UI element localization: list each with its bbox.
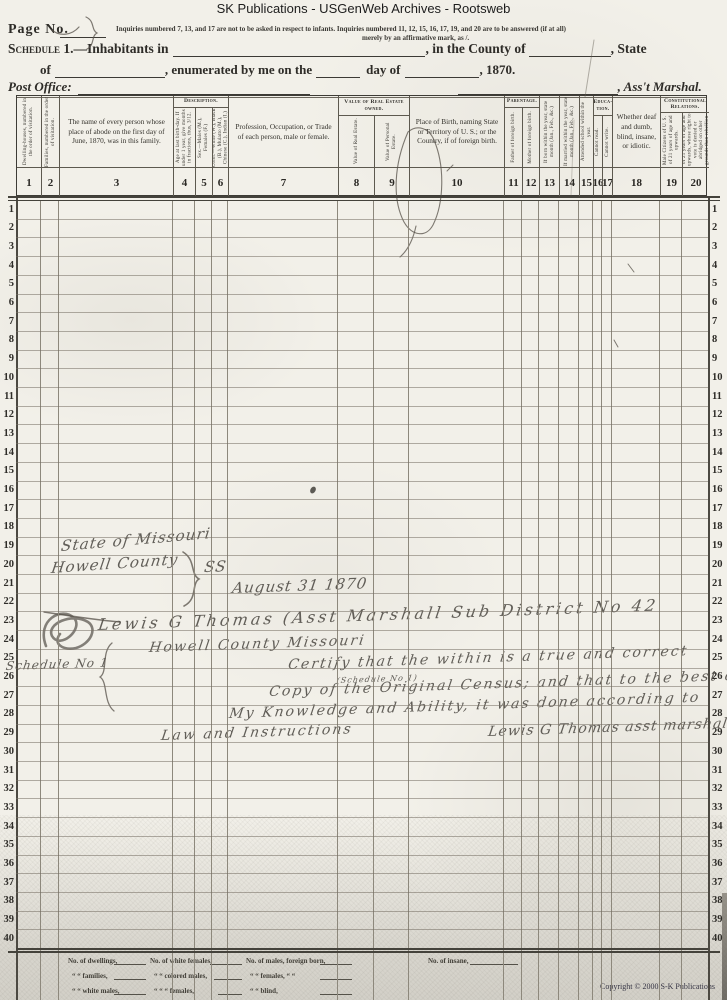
hw-county-state: Howell County Missouri <box>148 632 367 656</box>
schedule-title-line: Schedule 1.—Inhabitants in , in the Coun… <box>8 41 647 57</box>
column-header-text: If born within the year, state month (Ja… <box>544 96 556 167</box>
column-header-text: Cannot write. <box>605 127 611 157</box>
footer-blank <box>114 994 146 995</box>
row-number-right: 12 <box>712 409 726 420</box>
row-number-left: 40 <box>0 933 14 944</box>
column-header-6: Color.—White (W.), Black (B.), Mulatto (… <box>212 108 228 167</box>
grid-hline <box>16 836 708 837</box>
grid-vline <box>538 200 539 1000</box>
row-number-right: 32 <box>712 783 726 794</box>
inhabitants-in: 1.—Inhabitants in <box>63 41 168 57</box>
column-header-text: Value of Real Estate. <box>354 118 360 164</box>
row-number-left: 28 <box>0 708 14 719</box>
row-number-left: 11 <box>0 391 14 402</box>
row-number-left: 2 <box>0 222 14 233</box>
row-number-left: 34 <box>0 821 14 832</box>
hw-cert-line4: Law and Instructions <box>160 721 354 744</box>
row-number-right: 26 <box>712 671 726 682</box>
row-number-left: 10 <box>0 372 14 383</box>
row-number-left: 9 <box>0 353 14 364</box>
row-number-right: 15 <box>712 465 726 476</box>
grid-hline <box>16 798 708 799</box>
row-number-right: 6 <box>712 297 726 308</box>
enumerated-text: , enumerated by me on the <box>165 62 312 78</box>
column-number-16: 16 <box>593 167 602 197</box>
column-header-12: Mother of foreign birth. <box>522 108 539 167</box>
row-number-right: 22 <box>712 596 726 607</box>
grid-hline <box>16 555 708 556</box>
row-number-right: 2 <box>712 222 726 233</box>
grid-hline <box>16 331 708 332</box>
row-number-right: 20 <box>712 559 726 570</box>
grid-hline <box>16 668 708 669</box>
grid-hline <box>16 892 708 893</box>
row-number-left: 20 <box>0 559 14 570</box>
column-header-11: Father of foreign birth. <box>504 108 522 167</box>
grid-vline <box>172 200 173 1000</box>
page-no-blank <box>60 37 106 38</box>
footer-females-foreign-label: “ “ females, “ “ <box>250 972 295 980</box>
row-number-right: 33 <box>712 802 726 813</box>
row-number-right: 38 <box>712 895 726 906</box>
grid-hline <box>16 649 708 650</box>
row-number-left: 23 <box>0 615 14 626</box>
column-header-20: Male Citizens of U. S. of 21 years of ag… <box>682 113 709 167</box>
in-county-of: , in the County of <box>425 41 525 57</box>
column-number-20: 20 <box>682 167 709 197</box>
footer-blank <box>218 994 242 995</box>
row-number-right: 25 <box>712 652 726 663</box>
row-number-left: 13 <box>0 428 14 439</box>
row-number-left: 25 <box>0 652 14 663</box>
footer-blank <box>214 979 242 980</box>
row-number-left: 29 <box>0 727 14 738</box>
row-number-left: 5 <box>0 278 14 289</box>
row-number-left: 37 <box>0 877 14 888</box>
row-number-right: 3 <box>712 241 726 252</box>
grid-vline <box>611 200 612 1000</box>
grid-hline <box>16 855 708 856</box>
signature-flourish <box>44 614 93 649</box>
column-group-constr: Constitutional Relations. <box>660 96 709 113</box>
column-header-13: If born within the year, state month (Ja… <box>539 96 559 167</box>
grid-vline <box>408 200 409 1000</box>
row-number-left: 14 <box>0 447 14 458</box>
grid-hline <box>16 294 708 295</box>
column-header-16: Cannot read. <box>593 116 602 167</box>
column-number-12: 12 <box>522 167 539 197</box>
column-header-text: Cannot read. <box>595 128 601 156</box>
row-number-right: 19 <box>712 540 726 551</box>
column-header-text: Dwelling-houses, numbered in the order o… <box>23 96 35 167</box>
column-number-9: 9 <box>374 167 409 197</box>
grid-vline <box>58 200 59 1000</box>
grid-hline <box>16 593 708 594</box>
column-header-9: Value of Personal Estate. <box>374 116 409 167</box>
row-number-left: 32 <box>0 783 14 794</box>
column-header-4: Age at last birth-day. If under 1 year, … <box>173 108 195 167</box>
grid-hline <box>16 462 708 463</box>
grid-vline <box>659 200 660 1000</box>
header-bottom-line <box>8 196 720 198</box>
column-header-text: Sex.—Males (M.), Females (F.) <box>198 108 210 167</box>
column-header-7: Profession, Occupation, or Trade of each… <box>228 96 338 167</box>
row-number-right: 11 <box>712 391 726 402</box>
grid-vline <box>578 200 579 1000</box>
scan-edge-artifact <box>722 893 727 1000</box>
state-blank <box>55 64 165 78</box>
column-number-13: 13 <box>539 167 559 197</box>
place-blank <box>173 43 425 57</box>
row-number-right: 21 <box>712 578 726 589</box>
grid-hline <box>16 630 708 631</box>
footer-blank <box>114 964 146 965</box>
footer-blank <box>320 994 352 995</box>
footer-white-females-label: No. of white females, <box>150 957 212 965</box>
grid-hline <box>16 929 708 930</box>
schedule-word: Schedule <box>8 41 60 57</box>
column-number-14: 14 <box>559 167 579 197</box>
row-number-right: 10 <box>712 372 726 383</box>
grid-vline <box>681 200 682 1000</box>
grid-hline <box>16 537 708 538</box>
column-number-11: 11 <box>504 167 522 197</box>
row-number-right: 39 <box>712 914 726 925</box>
row-number-right: 40 <box>712 933 726 944</box>
hw-state: State of Missouri <box>60 524 212 555</box>
grid-hline <box>16 780 708 781</box>
state-word: , State <box>611 41 647 57</box>
ink-blot <box>309 486 317 495</box>
row-number-right: 37 <box>712 877 726 888</box>
row-number-left: 18 <box>0 521 14 532</box>
grid-hline <box>16 686 708 687</box>
column-header-text: Whether deaf and dumb, blind, insane, or… <box>613 111 660 152</box>
column-number-7: 7 <box>228 167 338 197</box>
row-number-right: 13 <box>712 428 726 439</box>
row-number-right: 7 <box>712 316 726 327</box>
grid-hline <box>16 705 708 706</box>
post-office-label: Post Office: <box>8 79 72 95</box>
year-text: , 1870. <box>479 62 515 78</box>
row-number-right: 23 <box>712 615 726 626</box>
column-header-text: Value of Personal Estate. <box>386 116 398 167</box>
grid-vline <box>211 200 212 1000</box>
row-number-right: 9 <box>712 353 726 364</box>
footer-white-males-label: “ “ white males, <box>72 987 119 995</box>
row-number-right: 29 <box>712 727 726 738</box>
column-header-text: Color.—White (W.), Black (B.), Mulatto (… <box>212 108 228 167</box>
row-number-left: 31 <box>0 765 14 776</box>
of-word: of <box>40 62 51 78</box>
column-number-15: 15 <box>579 167 593 197</box>
row-number-right: 1 <box>712 204 726 215</box>
row-number-left: 8 <box>0 334 14 345</box>
row-number-left: 3 <box>0 241 14 252</box>
grid-hline <box>16 742 708 743</box>
row-number-left: 38 <box>0 895 14 906</box>
grid-vline <box>373 200 374 1000</box>
grid-hline <box>16 219 708 220</box>
footer-males-foreign-label: No. of males, foreign born, <box>246 957 325 965</box>
column-header-19: Male Citizens of U. S. of 21 years of ag… <box>660 113 682 167</box>
grid-hline <box>16 312 708 313</box>
column-number-10: 10 <box>409 167 504 197</box>
column-header-8: Value of Real Estate. <box>338 116 374 167</box>
row-number-left: 39 <box>0 914 14 925</box>
column-group-desc: Description. <box>173 96 228 108</box>
row-number-right: 34 <box>712 821 726 832</box>
month-blank <box>405 64 479 78</box>
grid-hline <box>16 350 708 351</box>
row-number-left: 24 <box>0 634 14 645</box>
grid-hline <box>16 611 708 612</box>
header-bottom-line2 <box>8 200 720 202</box>
hw-signature: Lewis G Thomas asst marshal <box>487 716 727 740</box>
grid-vline <box>194 200 195 1000</box>
column-header-text: Place of Birth, naming State or Territor… <box>410 116 504 148</box>
scan-shading <box>0 815 727 1000</box>
grid-hline <box>16 873 708 874</box>
column-header-text: Male Citizens of U. S. of 21 years of ag… <box>682 113 709 167</box>
grid-hline <box>16 387 708 388</box>
grid-vline <box>337 200 338 1000</box>
grid-vline <box>227 200 228 1000</box>
row-number-right: 17 <box>712 503 726 514</box>
row-number-right: 5 <box>712 278 726 289</box>
row-number-right: 14 <box>712 447 726 458</box>
table-bottom-line2 <box>8 951 720 953</box>
column-number-6: 6 <box>212 167 228 197</box>
grid-vline <box>40 200 41 1000</box>
grid-hline <box>16 574 708 575</box>
column-header-text: Attended school within the year. <box>581 96 593 167</box>
row-number-right: 28 <box>712 708 726 719</box>
column-header-3: The name of every person whose place of … <box>59 96 173 167</box>
grid-hline <box>16 424 708 425</box>
ss-brace <box>183 552 199 606</box>
grid-hline <box>16 518 708 519</box>
row-number-left: 17 <box>0 503 14 514</box>
grid-hline <box>16 817 708 818</box>
column-header-14: If married within the year, state month … <box>559 96 579 167</box>
footer-blank <box>320 964 352 965</box>
column-number-4: 4 <box>173 167 195 197</box>
column-header-text: Mother of foreign birth. <box>528 111 534 164</box>
footer-insane-label: No. of insane, <box>428 957 468 965</box>
hw-marshal-line: Lewis G Thomas (Asst Marshall Sub Distri… <box>97 596 660 634</box>
row-number-right: 30 <box>712 746 726 757</box>
column-header-text: Profession, Occupation, or Trade of each… <box>229 121 338 143</box>
footer-blank <box>470 964 518 965</box>
grid-vline <box>558 200 559 1000</box>
grid-hline <box>16 443 708 444</box>
table-header: Description.Value of Real Estate owned.P… <box>16 95 707 196</box>
column-header-text: Age at last birth-day. If under 1 year, … <box>176 108 193 167</box>
row-number-left: 30 <box>0 746 14 757</box>
row-number-right: 31 <box>712 765 726 776</box>
grid-hline <box>16 481 708 482</box>
column-number-19: 19 <box>660 167 682 197</box>
column-header-text: Families, numbered in the order of visit… <box>45 96 57 167</box>
county-blank <box>529 43 611 57</box>
row-number-left: 6 <box>0 297 14 308</box>
column-number-3: 3 <box>59 167 173 197</box>
column-header-17: Cannot write. <box>602 116 612 167</box>
column-number-17: 17 <box>602 167 612 197</box>
footer-blank <box>114 979 146 980</box>
grid-vline <box>601 200 602 1000</box>
row-number-left: 12 <box>0 409 14 420</box>
row-number-right: 8 <box>712 334 726 345</box>
row-number-right: 24 <box>712 634 726 645</box>
note-line1: Inquiries numbered 7, 13, and 17 are not… <box>116 25 566 33</box>
row-number-right: 4 <box>712 260 726 271</box>
row-number-left: 19 <box>0 540 14 551</box>
column-header-18: Whether deaf and dumb, blind, insane, or… <box>612 96 660 167</box>
row-number-right: 16 <box>712 484 726 495</box>
row-number-left: 27 <box>0 690 14 701</box>
grid-hline <box>16 911 708 912</box>
column-header-text: Male Citizens of U. S. of 21 years of ag… <box>663 113 680 167</box>
grid-hline <box>16 256 708 257</box>
grid-hline <box>16 948 708 950</box>
day-blank <box>316 64 360 78</box>
grid-hline <box>16 368 708 369</box>
column-header-15: Attended school within the year. <box>579 96 593 167</box>
marshal-label: , Ass't Marshal. <box>618 79 702 95</box>
row-number-left: 36 <box>0 858 14 869</box>
row-number-left: 15 <box>0 465 14 476</box>
column-group-edu: Educa-tion. <box>593 96 612 116</box>
column-group-value: Value of Real Estate owned. <box>338 96 409 116</box>
column-header-10: Place of Birth, naming State or Territor… <box>409 96 504 167</box>
grid-hline <box>16 406 708 407</box>
marshal-blank <box>458 81 618 95</box>
grid-vline <box>592 200 593 1000</box>
grid-hline <box>16 761 708 762</box>
column-number-5: 5 <box>195 167 212 197</box>
footer-dwellings-label: No. of dwellings, <box>68 957 117 965</box>
row-number-right: 36 <box>712 858 726 869</box>
column-header-text: The name of every person whose place of … <box>60 116 173 148</box>
row-number-left: 7 <box>0 316 14 327</box>
column-header-text: Father of foreign birth. <box>511 112 517 163</box>
grid-vline <box>503 200 504 1000</box>
row-number-left: 33 <box>0 802 14 813</box>
column-header-5: Sex.—Males (M.), Females (F.) <box>195 108 212 167</box>
grid-hline <box>16 724 708 725</box>
schedule-line-2: of , enumerated by me on the day of , 18… <box>40 62 515 78</box>
row-number-left: 22 <box>0 596 14 607</box>
row-number-left: 4 <box>0 260 14 271</box>
footer-colored-females-label: “ “ “ females, <box>154 987 194 995</box>
row-number-right: 27 <box>712 690 726 701</box>
row-number-right: 35 <box>712 839 726 850</box>
row-number-left: 21 <box>0 578 14 589</box>
column-number-2: 2 <box>41 167 59 197</box>
grid-vline <box>521 200 522 1000</box>
column-number-8: 8 <box>338 167 374 197</box>
census-form-page: SK Publications - USGenWeb Archives - Ro… <box>0 0 727 1000</box>
copyright-notice: Copyright © 2000 S-K Publications <box>600 982 715 991</box>
footer-blank <box>320 979 352 980</box>
footer-blind-label: “ “ blind, <box>250 987 278 995</box>
column-number-1: 1 <box>17 167 41 197</box>
footer-blank <box>210 964 242 965</box>
post-office-line: Post Office: , Ass't Marshal. <box>8 79 702 95</box>
row-number-left: 1 <box>0 204 14 215</box>
column-number-18: 18 <box>612 167 660 197</box>
hw-county: Howell County <box>50 550 180 577</box>
column-header-2: Families, numbered in the order of visit… <box>41 96 59 167</box>
pencil-tick <box>628 264 634 272</box>
grid-vline <box>708 196 710 1000</box>
schedule-brace <box>100 643 114 711</box>
grid-vline <box>16 196 18 1000</box>
source-banner: SK Publications - USGenWeb Archives - Ro… <box>0 1 727 16</box>
post-office-blank <box>78 81 310 95</box>
row-number-left: 16 <box>0 484 14 495</box>
row-number-left: 35 <box>0 839 14 850</box>
pencil-tick <box>614 340 618 347</box>
column-group-par: Parentage. <box>504 96 539 108</box>
day-of-text: day of <box>366 62 400 78</box>
footer-families-label: “ “ families, <box>72 972 108 980</box>
grid-hline <box>16 275 708 276</box>
row-number-right: 18 <box>712 521 726 532</box>
column-header-text: If married within the year, state month … <box>564 96 576 167</box>
grid-hline <box>16 237 708 238</box>
row-number-left: 26 <box>0 671 14 682</box>
page-no-label: Page No. <box>8 22 69 38</box>
grid-hline <box>16 499 708 500</box>
column-header-1: Dwelling-houses, numbered in the order o… <box>17 96 41 167</box>
footer-colored-males-label: “ “ colored males, <box>154 972 207 980</box>
